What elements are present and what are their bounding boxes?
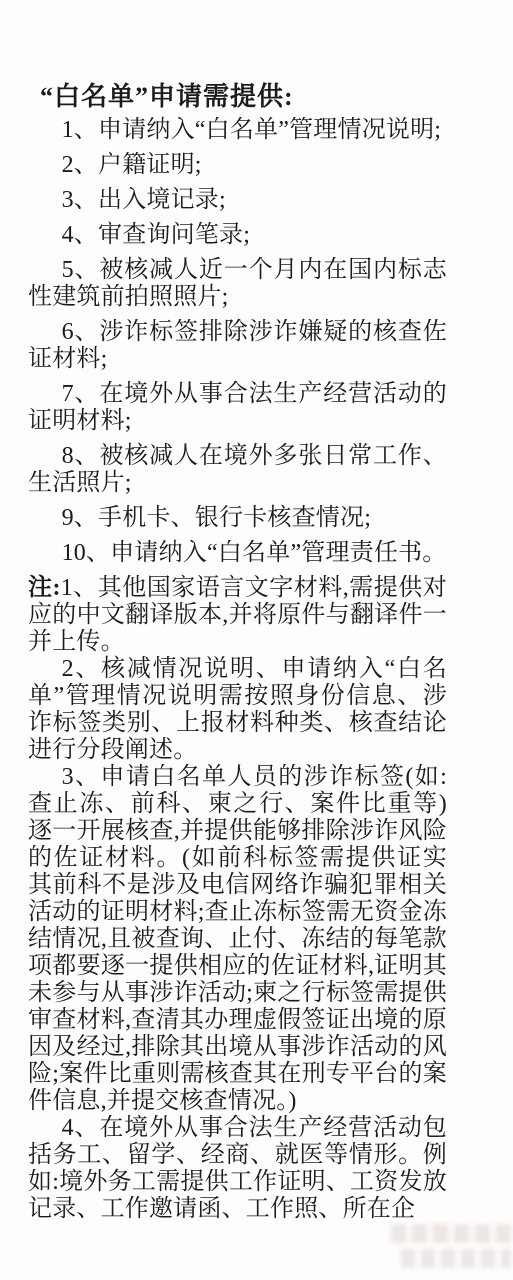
list-item-3: 3、出入境记录; bbox=[28, 187, 447, 214]
list-item-6: 6、涉诈标签排除涉诈嫌疑的核查佐证材料; bbox=[28, 319, 447, 373]
document-page: “白名单”申请需提供: 1、申请纳入“白名单”管理情况说明; 2、户籍证明; 3… bbox=[0, 0, 513, 1280]
note-label: 注: bbox=[28, 575, 61, 601]
list-item-10: 10、申请纳入“白名单”管理责任书。 bbox=[28, 540, 447, 567]
list-item-8: 8、被核减人在境外多张日常工作、生活照片; bbox=[28, 443, 447, 497]
document-heading: “白名单”申请需提供: bbox=[28, 82, 447, 112]
note-paragraph-1: 注:1、其他国家语言文字材料,需提供对应的中文翻译版本,并将原件与翻译件一并上传… bbox=[28, 575, 447, 656]
list-item-5: 5、被核减人近一个月内在国内标志性建筑前拍照照片; bbox=[28, 257, 447, 311]
watermark-row-2 bbox=[401, 1249, 511, 1268]
requirements-list: 1、申请纳入“白名单”管理情况说明; 2、户籍证明; 3、出入境记录; 4、审查… bbox=[28, 117, 447, 567]
note-paragraph-4: 4、在境外从事合法生产经营活动包括务工、留学、经商、就医等情形。例如:境外务工需… bbox=[28, 1115, 447, 1223]
watermark-row-1 bbox=[391, 1224, 511, 1243]
note-paragraph-2: 2、核减情况说明、申请纳入“白名单”管理情况说明需按照身份信息、涉诈标签类别、上… bbox=[28, 656, 447, 764]
list-item-4: 4、审查询问笔录; bbox=[28, 222, 447, 249]
note-text-1: 1、其他国家语言文字材料,需提供对应的中文翻译版本,并将原件与翻译件一并上传。 bbox=[28, 575, 447, 655]
notes-section: 注:1、其他国家语言文字材料,需提供对应的中文翻译版本,并将原件与翻译件一并上传… bbox=[28, 575, 447, 1223]
list-item-9: 9、手机卡、银行卡核查情况; bbox=[28, 505, 447, 532]
note-paragraph-3: 3、申请白名单人员的涉诈标签(如:查止冻、前科、柬之行、案件比重等)逐一开展核查… bbox=[28, 764, 447, 1115]
list-item-1: 1、申请纳入“白名单”管理情况说明; bbox=[28, 117, 447, 144]
list-item-2: 2、户籍证明; bbox=[28, 152, 447, 179]
list-item-7: 7、在境外从事合法生产经营活动的证明材料; bbox=[28, 381, 447, 435]
document-content: “白名单”申请需提供: 1、申请纳入“白名单”管理情况说明; 2、户籍证明; 3… bbox=[28, 82, 447, 1223]
watermark-overlay bbox=[391, 1218, 511, 1274]
